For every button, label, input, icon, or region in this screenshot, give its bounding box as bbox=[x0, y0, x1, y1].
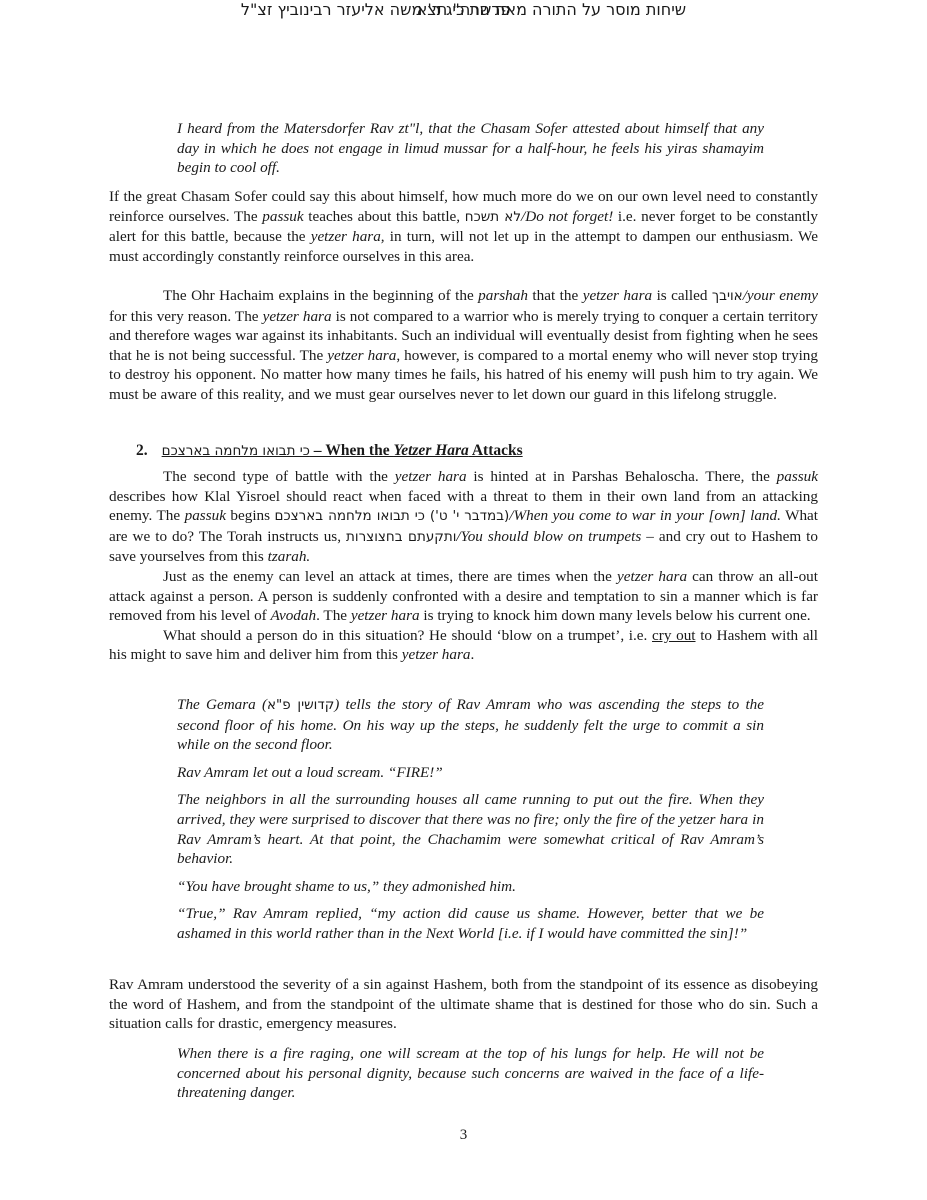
paragraph-6: Rav Amram understood the severity of a s… bbox=[109, 975, 818, 1034]
blockquote-chasam-sofer: I heard from the Matersdorfer Rav zt"l, … bbox=[177, 119, 764, 186]
section-heading-2: 2.כי תבואו מלחמה בארצכם – When the Yetze… bbox=[136, 442, 523, 460]
blockquote-fire: When there is a fire raging, one will sc… bbox=[177, 1044, 764, 1111]
blockquote-rav-amram: The Gemara (קדושין פ"א) tells the story … bbox=[177, 695, 764, 952]
document-page: שיחות מוסר על התורה מאת הרה"ג ר' משה אלי… bbox=[0, 0, 927, 1200]
paragraph-2: The Ohr Hachaim explains in the beginnin… bbox=[109, 286, 818, 405]
quote-text: I heard from the Matersdorfer Rav zt"l, … bbox=[177, 119, 764, 178]
paragraph-1: If the great Chasam Sofer could say this… bbox=[109, 187, 818, 266]
paragraph-3: The second type of battle with the yetze… bbox=[109, 467, 818, 665]
page-number: 3 bbox=[0, 1127, 927, 1144]
header-parsha: פרשת כי תצא bbox=[0, 0, 927, 19]
